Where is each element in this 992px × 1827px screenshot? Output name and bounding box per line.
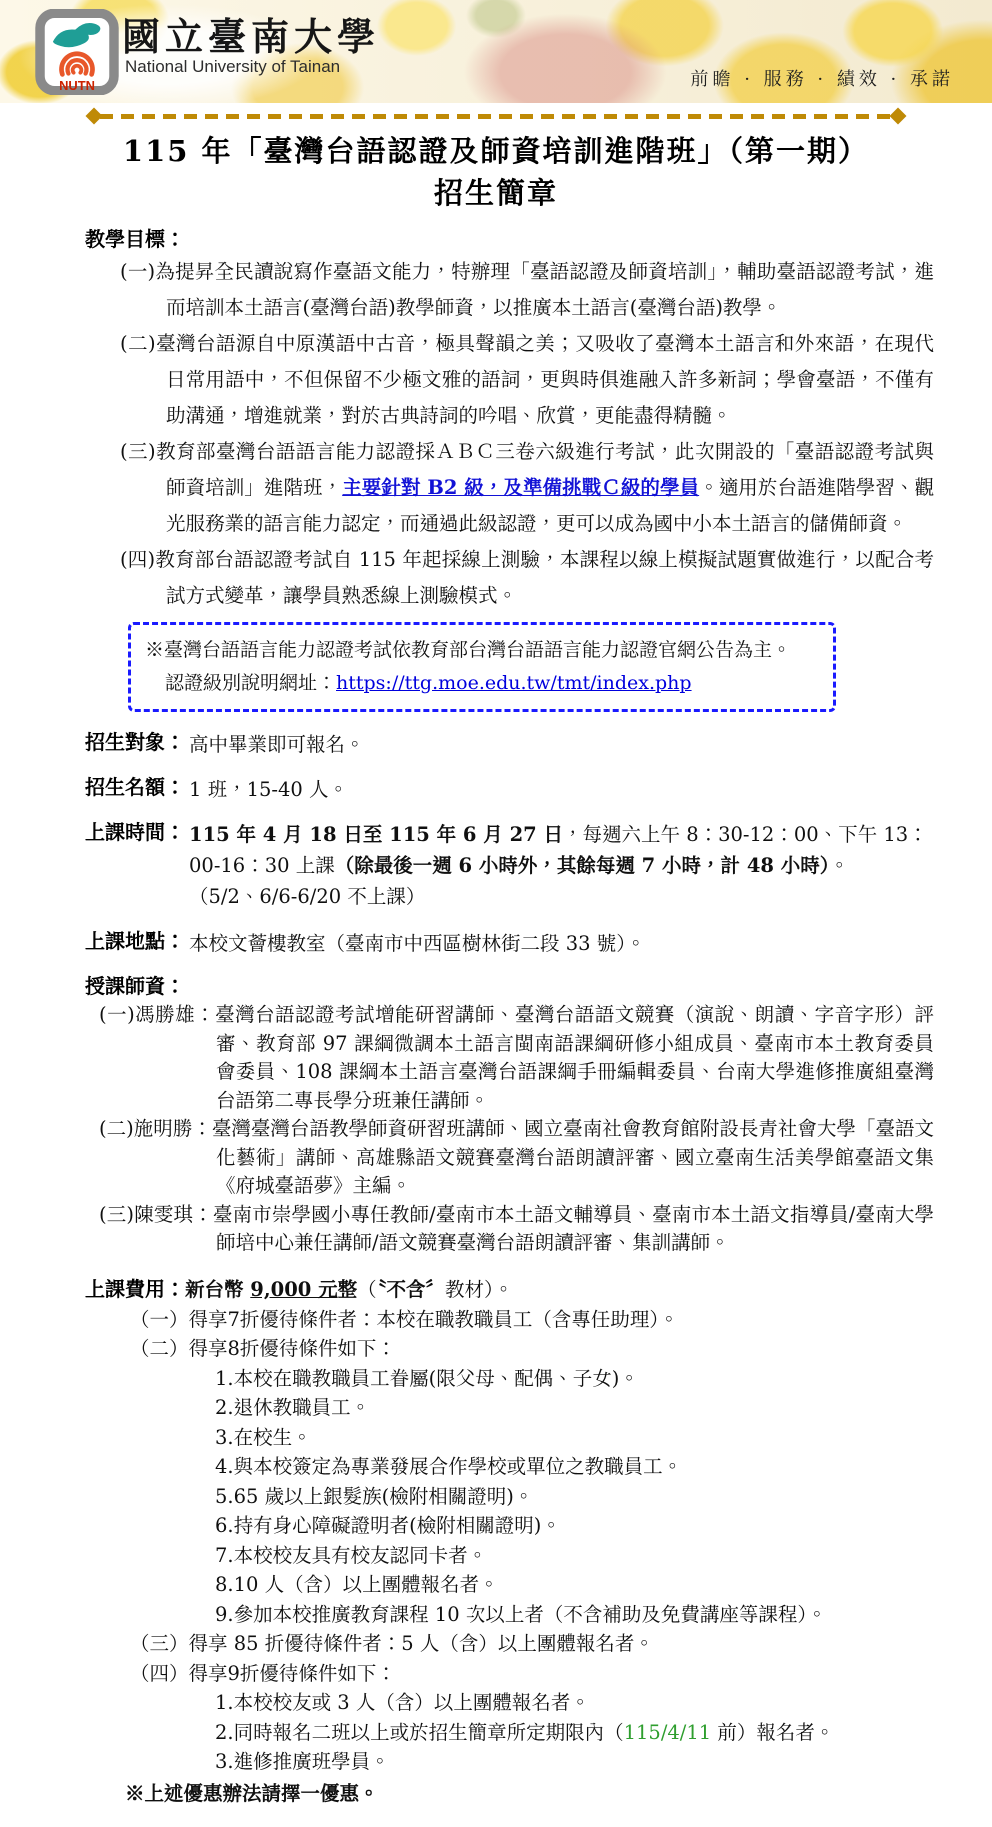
teacher-1-bio: 臺灣台語認證考試增能研習講師、臺灣台語語文競賽（演說、朗讀、字音字形）評審、教育…: [215, 1003, 934, 1112]
discount-80: （二）得享8折優待條件如下：: [130, 1334, 934, 1364]
goal-item-2-text: 臺灣台語源自中原漢語中古音，極具聲韻之美；又吸收了臺灣本土語言和外來語，在現代日…: [156, 332, 934, 427]
class-time-dates: 115 年 4 月 18 日至 115 年 6 月 27 日: [189, 823, 563, 846]
fee-excluded: 〝不含〞: [377, 1278, 445, 1301]
fee-amount-suffix: 整: [338, 1278, 358, 1301]
university-name-zh: 國立臺南大學: [122, 6, 380, 61]
discount-70: （一）得享7折優待條件者：本校在職教職員工（含專任助理）。: [130, 1305, 934, 1335]
discount-70-num: （一）: [130, 1308, 189, 1331]
discount-80-item-4: 4.與本校簽定為專業發展合作學校或單位之教職員工。: [215, 1452, 934, 1482]
class-time-value: 115 年 4 月 18 日至 115 年 6 月 27 日，每週六上午 8：3…: [189, 823, 928, 877]
fee-amount-line: 上課費用：新台幣 9,000 元整（〝不含〞教材）。: [85, 1274, 934, 1305]
row-location: 上課地點： 本校文薈樓教室（臺南市中西區樹林街二段 33 號）。: [85, 928, 934, 959]
teacher-2-num: (二): [99, 1117, 134, 1140]
teacher-3-name: 陳雯琪：: [134, 1203, 213, 1226]
teacher-3-bio: 臺南市崇學國小專任教師/臺南市本土語文輔導員、臺南市本土語文指導員/臺南大學師培…: [213, 1203, 934, 1255]
teacher-3-num: (三): [99, 1203, 134, 1226]
goal-item-1-text: 為提昇全民讀說寫作臺語文能力，特辦理「臺語認證及師資培訓」，輔助臺語認證考試，進…: [155, 260, 934, 319]
university-banner: NUTN 國立臺南大學 National University of Taina…: [0, 0, 992, 103]
section-fees: 上課費用：新台幣 9,000 元整（〝不含〞教材）。 （一）得享7折優待條件者：…: [85, 1274, 934, 1809]
certification-notice-box: ※臺灣台語語言能力認證考試依教育部台灣台語語言能力認證官網公告為主。 認證級別說…: [128, 622, 836, 712]
discount-90-item-2-post: 前）報名者。: [711, 1721, 834, 1744]
row-quota: 招生名額： 1 班，15-40 人。: [85, 774, 934, 805]
document-title-line1: 115 年「臺灣台語認證及師資培訓進階班」（第一期）: [40, 130, 952, 172]
university-motto: 前瞻 · 服務 · 績效 · 承諾: [691, 65, 955, 91]
dashed-divider: [90, 110, 902, 122]
section-heading-goals: 教學目標：: [85, 226, 934, 254]
discount-90-num: （四）: [130, 1662, 189, 1685]
discount-90: （四）得享9折優待條件如下：: [130, 1659, 934, 1689]
row-class-time: 上課時間： 115 年 4 月 18 日至 115 年 6 月 27 日，每週六…: [85, 819, 934, 912]
teacher-1-name: 馮勝雄：: [135, 1003, 215, 1026]
target-label: 招生對象：: [85, 729, 185, 757]
discount-80-item-9: 9.參加本校推廣教育課程 10 次以上者（不含補助及免費講座等課程）。: [215, 1600, 934, 1630]
university-name-en: National University of Tainan: [125, 57, 340, 77]
goal-item-4: (四)教育部台語認證考試自 115 年起採線上測驗，本課程以線上模擬試題實做進行…: [120, 542, 934, 614]
discount-80-item-1: 1.本校在職教職員工眷屬(限父母、配偶、子女)。: [215, 1364, 934, 1394]
divider-dashes: [100, 114, 892, 119]
fee-currency: 新台幣: [185, 1278, 250, 1301]
notice-line-2: 認證級別說明網址：https://ttg.moe.edu.tw/tmt/inde…: [145, 667, 821, 700]
discount-90-text: 得享9折優待條件如下：: [189, 1662, 396, 1685]
discount-85: （三）得享 85 折優待條件者：5 人（含）以上團體報名者。: [130, 1629, 934, 1659]
teacher-2-bio: 臺灣臺灣台語教學師資研習班講師、國立臺南社會教育館附設長青社會大學「臺語文化藝術…: [212, 1117, 934, 1197]
goal-item-1: (一)為提昇全民讀說寫作臺語文能力，特辦理「臺語認證及師資培訓」，輔助臺語認證考…: [120, 254, 934, 326]
discount-80-item-2: 2.退休教職員工。: [215, 1393, 934, 1423]
class-time-period: 。: [830, 854, 850, 877]
teacher-1-num: (一): [99, 1003, 135, 1026]
discount-80-item-6: 6.持有身心障礙證明者(檢附相關證明)。: [215, 1511, 934, 1541]
fee-amount: 9,000 元: [250, 1278, 337, 1301]
nutn-logo-icon: NUTN: [34, 9, 120, 95]
location-label: 上課地點：: [85, 928, 185, 956]
section-teachers: 授課師資： (一)馮勝雄：臺灣台語認證考試增能研習講師、臺灣台語語文競賽（演說、…: [85, 973, 934, 1258]
document-title-line2: 招生簡章: [40, 172, 952, 214]
discount-90-item-3: 3.進修推廣班學員。: [215, 1747, 934, 1777]
discount-90-deadline-date: 115/4/11: [624, 1721, 712, 1744]
notice-line-1: ※臺灣台語語言能力認證考試依教育部台灣台語語言能力認證官網公告為主。: [145, 634, 821, 667]
goal-item-1-num: (一): [120, 260, 155, 283]
teacher-item-2: (二)施明勝：臺灣臺灣台語教學師資研習班講師、國立臺南社會教育館附設長青社會大學…: [99, 1115, 934, 1201]
discount-80-num: （二）: [130, 1337, 189, 1360]
goal-item-2: (二)臺灣台語源自中原漢語中古音，極具聲韻之美；又吸收了臺灣本土語言和外來語，在…: [120, 326, 934, 434]
fee-paren-close: 教材）。: [445, 1278, 513, 1301]
discount-90-item-2: 2.同時報名二班以上或於招生簡章所定期限內（115/4/11 前）報名者。: [215, 1718, 934, 1748]
certification-info-link[interactable]: https://ttg.moe.edu.tw/tmt/index.php: [336, 672, 692, 694]
section-heading-teachers: 授課師資：: [85, 973, 934, 1001]
university-logo: NUTN: [34, 9, 120, 95]
fee-paren-open: （: [357, 1278, 377, 1301]
goal-item-3: (三)教育部臺灣台語語言能力認證採ＡＢＣ三卷六級進行考試，此次開設的「臺語認證考…: [120, 434, 934, 542]
class-time-note: （5/2、6/6-6/20 不上課）: [189, 881, 934, 912]
document-body: 教學目標： (一)為提昇全民讀說寫作臺語文能力，特辦理「臺語認證及師資培訓」，輔…: [85, 226, 934, 1809]
goal-item-4-text: 教育部台語認證考試自 115 年起採線上測驗，本課程以線上模擬試題實做進行，以配…: [155, 548, 934, 607]
logo-acronym: NUTN: [59, 78, 95, 93]
teacher-item-3: (三)陳雯琪：臺南市崇學國小專任教師/臺南市本土語文輔導員、臺南市本土語文指導員…: [99, 1201, 934, 1258]
discount-90-item-1: 1.本校校友或 3 人（含）以上團體報名者。: [215, 1688, 934, 1718]
admission-brochure-page: NUTN 國立臺南大學 National University of Taina…: [0, 0, 992, 1809]
document-title: 115 年「臺灣台語認證及師資培訓進階班」（第一期） 招生簡章: [40, 130, 952, 214]
discount-80-item-5: 5.65 歲以上銀髮族(檢附相關證明)。: [215, 1482, 934, 1512]
discount-choose-one-note: ※上述優惠辦法請擇一優惠。: [125, 1779, 934, 1809]
discount-80-item-7: 7.本校校友具有校友認同卡者。: [215, 1541, 934, 1571]
goal-item-3-highlight: 主要針對 B2 級，及準備挑戰Ｃ級的學員: [342, 476, 699, 499]
row-target: 招生對象： 高中畢業即可報名。: [85, 729, 934, 760]
goal-item-2-num: (二): [120, 332, 156, 355]
discount-80-item-8: 8.10 人（含）以上團體報名者。: [215, 1570, 934, 1600]
class-time-label: 上課時間：: [85, 819, 185, 847]
quota-label: 招生名額：: [85, 774, 185, 802]
goal-item-3-num: (三): [120, 440, 156, 463]
teacher-2-name: 施明勝：: [134, 1117, 212, 1140]
target-value: 高中畢業即可報名。: [189, 733, 365, 756]
discount-70-text: 得享7折優待條件者：本校在職教職員工（含專任助理）。: [189, 1308, 679, 1331]
goal-item-4-num: (四): [120, 548, 155, 571]
discount-90-item-2-pre: 2.同時報名二班以上或於招生簡章所定期限內（: [215, 1721, 624, 1744]
discount-80-item-3: 3.在校生。: [215, 1423, 934, 1453]
fee-label: 上課費用：: [85, 1279, 185, 1301]
quota-value: 1 班，15-40 人。: [189, 778, 348, 801]
discount-85-num: （三）: [130, 1632, 189, 1655]
discount-85-text: 得享 85 折優待條件者：5 人（含）以上團體報名者。: [189, 1632, 654, 1655]
discount-80-text: 得享8折優待條件如下：: [189, 1337, 396, 1360]
class-time-hours: （除最後一週 6 小時外，其餘每週 7 小時，計 48 小時）: [335, 854, 830, 877]
notice-url-label: 認證級別說明網址：: [165, 672, 336, 694]
location-value: 本校文薈樓教室（臺南市中西區樹林街二段 33 號）。: [189, 932, 645, 955]
teacher-item-1: (一)馮勝雄：臺灣台語認證考試增能研習講師、臺灣台語語文競賽（演說、朗讀、字音字…: [99, 1001, 934, 1115]
